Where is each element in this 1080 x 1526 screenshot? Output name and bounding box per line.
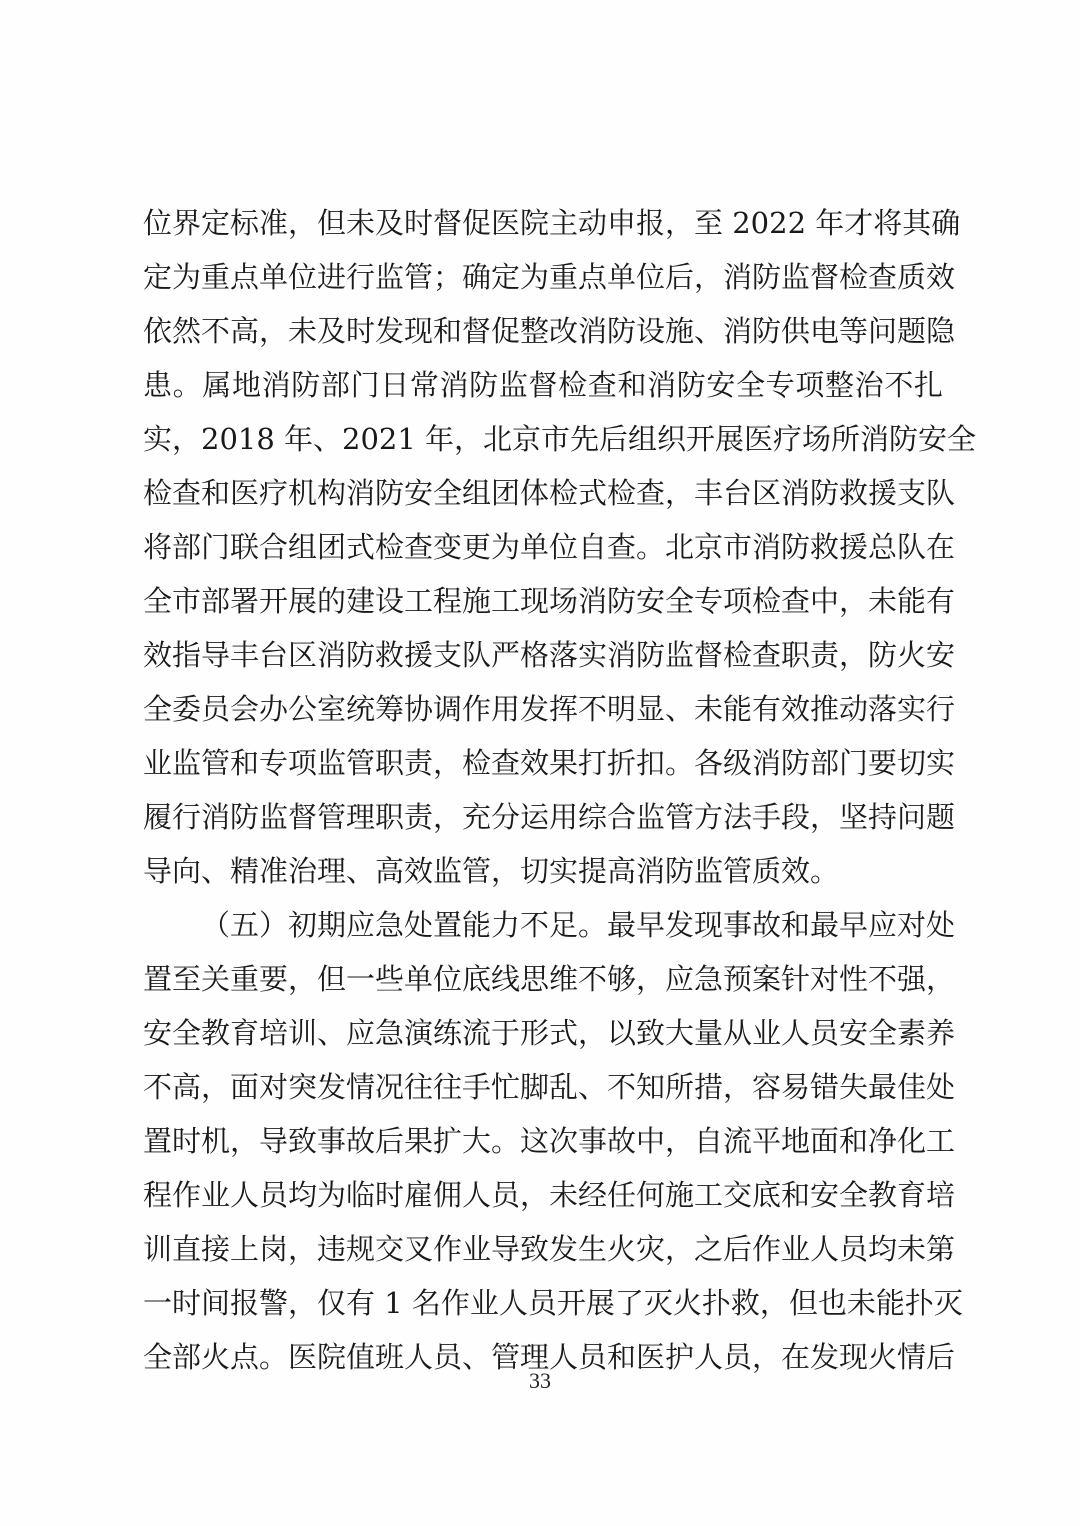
section-heading: （五）初期应急处置能力不足。 [201, 908, 607, 942]
body-text: 位界定标准，但未及时督促医院主动申报，至 2022 年才将其确 定为重点单位进行… [143, 196, 943, 1384]
section-heading-line: （五）初期应急处置能力不足。最早发现事故和最早应对处 [143, 898, 943, 952]
text-line: 全市部署开展的建设工程施工现场消防安全专项检查中，未能有 [143, 574, 943, 628]
document-page: 位界定标准，但未及时督促医院主动申报，至 2022 年才将其确 定为重点单位进行… [0, 0, 1080, 1526]
text-line: 患。属地消防部门日常消防监督检查和消防安全专项整治不扎 [143, 358, 943, 412]
text-line: 安全教育培训、应急演练流于形式，以致大量从业人员安全素养 [143, 1006, 943, 1060]
text-line: 将部门联合组团式检查变更为单位自查。北京市消防救援总队在 [143, 520, 943, 574]
text-line: 置时机，导致事故后果扩大。这次事故中，自流平地面和净化工 [143, 1114, 943, 1168]
text-line: 程作业人员均为临时雇佣人员，未经任何施工交底和安全教育培 [143, 1168, 943, 1222]
text-line: 训直接上岗，违规交叉作业导致发生火灾，之后作业人员均未第 [143, 1222, 943, 1276]
text-line: 导向、精准治理、高效监管，切实提高消防监管质效。 [143, 844, 943, 898]
text-line: 实，2018 年、2021 年，北京市先后组织开展医疗场所消防安全 [143, 412, 943, 466]
text-line: 效指导丰台区消防救援支队严格落实消防监督检查职责，防火安 [143, 628, 943, 682]
text-line: 履行消防监督管理职责，充分运用综合监管方法手段，坚持问题 [143, 790, 943, 844]
text-line-rest: 最早发现事故和最早应对处 [607, 908, 955, 942]
text-line: 定为重点单位进行监管；确定为重点单位后，消防监督检查质效 [143, 250, 943, 304]
text-line: 不高，面对突发情况往往手忙脚乱、不知所措，容易错失最佳处 [143, 1060, 943, 1114]
text-line: 检查和医疗机构消防安全组团体检式检查，丰台区消防救援支队 [143, 466, 943, 520]
text-line: 全委员会办公室统筹协调作用发挥不明显、未能有效推动落实行 [143, 682, 943, 736]
page-number: 33 [0, 1368, 1080, 1394]
text-line: 置至关重要，但一些单位底线思维不够，应急预案针对性不强， [143, 952, 943, 1006]
text-line: 一时间报警，仅有 1 名作业人员开展了灭火扑救，但也未能扑灭 [143, 1276, 943, 1330]
text-line: 位界定标准，但未及时督促医院主动申报，至 2022 年才将其确 [143, 196, 943, 250]
text-line: 业监管和专项监管职责，检查效果打折扣。各级消防部门要切实 [143, 736, 943, 790]
text-line: 依然不高，未及时发现和督促整改消防设施、消防供电等问题隐 [143, 304, 943, 358]
